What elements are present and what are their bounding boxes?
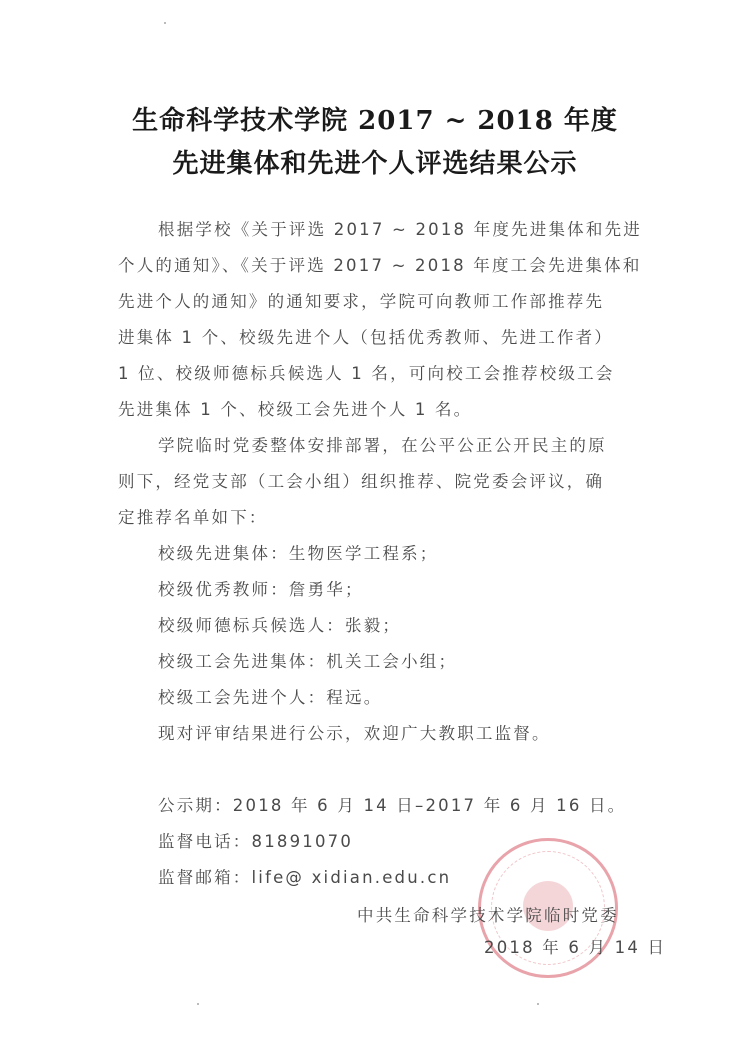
signature-organization: 中共生命科学技术学院临时党委 [357,902,619,926]
paragraph2-line: 则下，经党支部（工会小组）组织推荐、院党委会评议，确 [118,468,648,492]
closing-statement: 现对评审结果进行公示，欢迎广大教职工监督。 [158,720,688,744]
title-line-2: 先进集体和先进个人评选结果公示 [0,143,750,180]
paragraph2-line: 定推荐名单如下： [118,504,648,528]
paragraph2-line: 学院临时党委整体安排部署，在公平公正公开民主的原 [158,432,688,456]
title-line-1: 生命科学技术学院 2017 ~ 2018 年度 [0,100,750,137]
nominee-ethics-model: 校级师德标兵候选人：张毅； [158,612,688,636]
paragraph1-line: 1 位、校级师德标兵候选人 1 名，可向校工会推荐校级工会 [118,360,648,384]
paragraph1-line: 进集体 1 个、校级先进个人（包括优秀教师、先进工作者） [118,324,648,348]
nominee-teacher: 校级优秀教师：詹勇华； [158,576,688,600]
scan-speck [197,1003,199,1005]
paragraph1-line: 个人的通知》、《关于评选 2017 ~ 2018 年度工会先进集体和 [118,252,648,276]
scan-speck [537,1003,539,1005]
nominee-union-collective: 校级工会先进集体：机关工会小组； [158,648,688,672]
supervision-phone: 监督电话：81891070 [158,828,688,852]
document-page: 生命科学技术学院 2017 ~ 2018 年度 先进集体和先进个人评选结果公示 … [0,0,750,1060]
nominee-union-individual: 校级工会先进个人：程远。 [158,684,688,708]
paragraph1-line: 先进个人的通知》的通知要求，学院可向教师工作部推荐先 [118,288,648,312]
nominee-collective: 校级先进集体：生物医学工程系； [158,540,688,564]
paragraph1-line: 先进集体 1 个、校级工会先进个人 1 名。 [118,396,648,420]
scan-speck [164,22,166,24]
publicity-period: 公示期：2018 年 6 月 14 日–2017 年 6 月 16 日。 [158,792,688,816]
paragraph1-line: 根据学校《关于评选 2017 ~ 2018 年度先进集体和先进 [158,216,688,240]
signature-date: 2018 年 6 月 14 日 [484,934,666,958]
